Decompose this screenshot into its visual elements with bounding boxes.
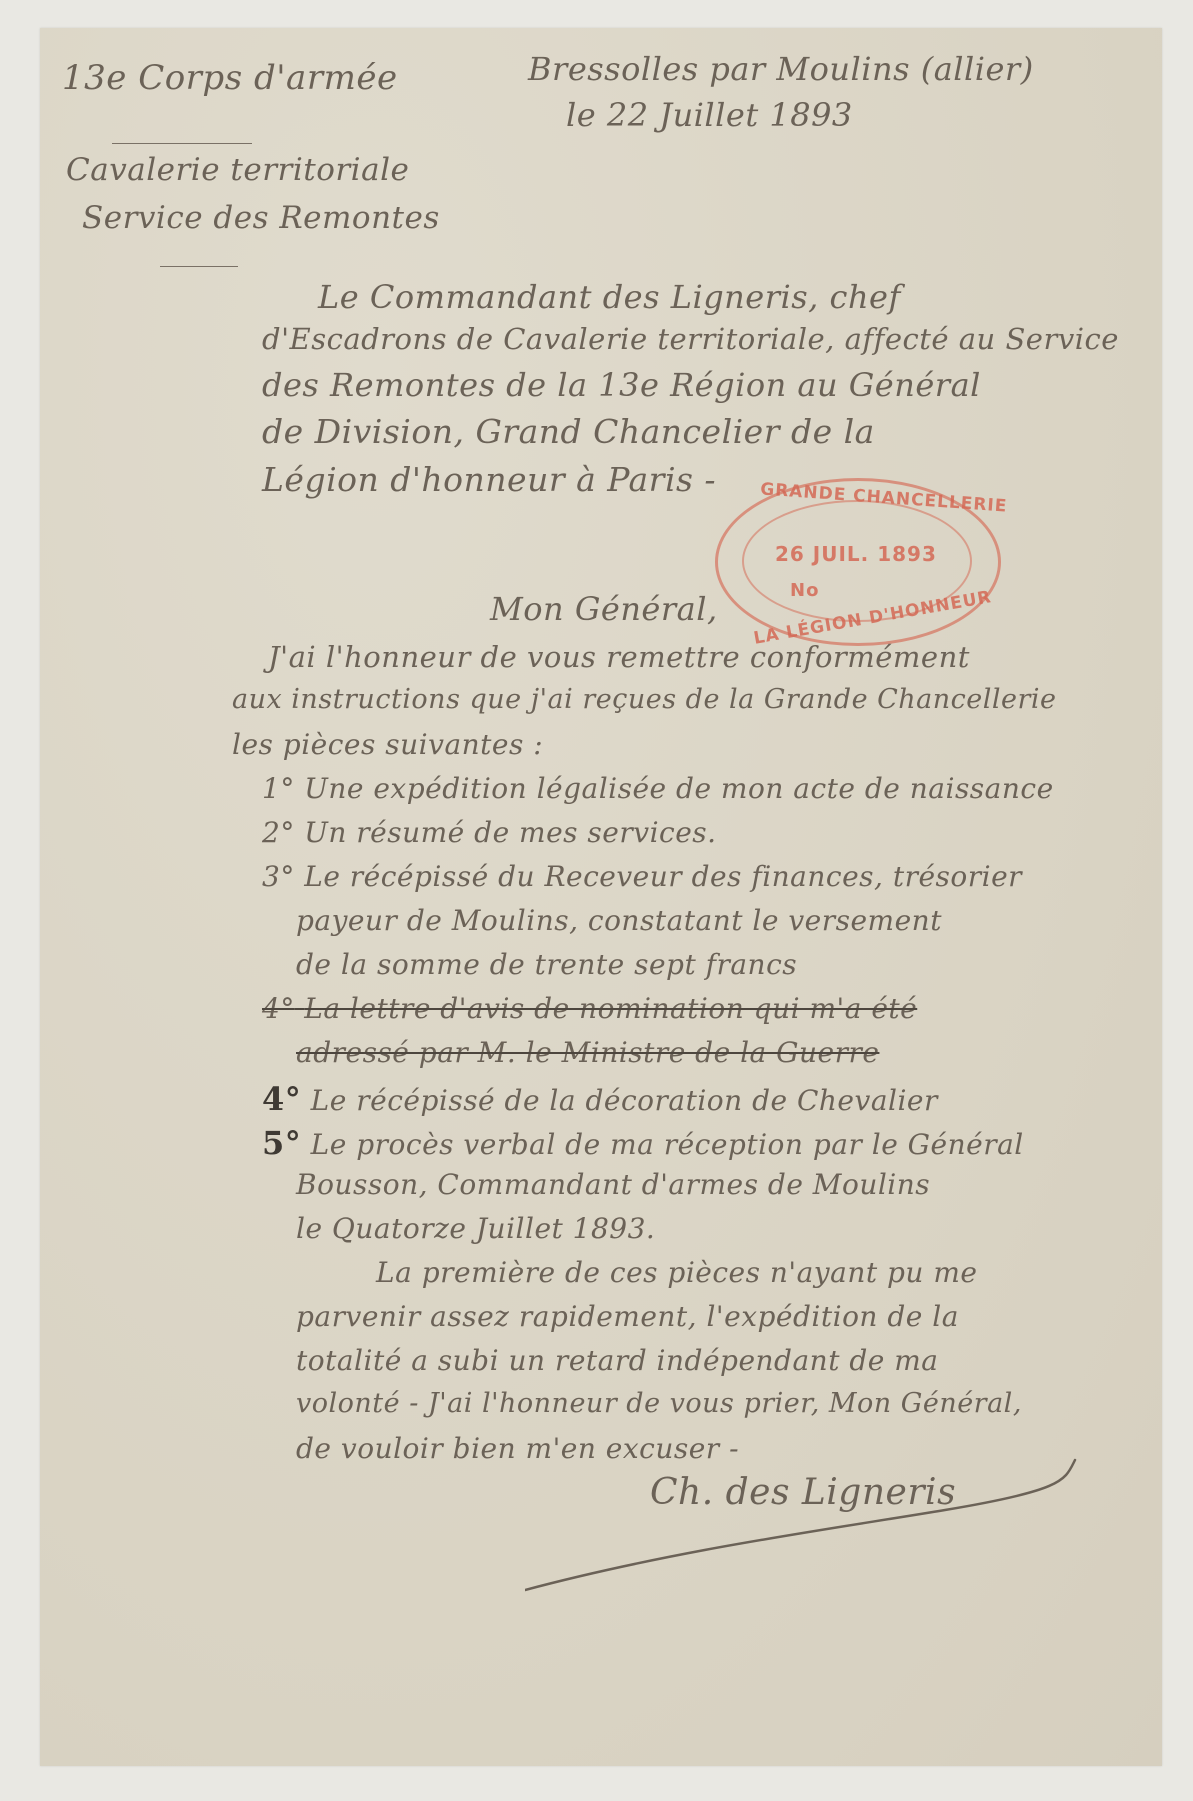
stamp-date: 26 JUIL. 1893 — [775, 542, 937, 566]
closing-line-3: totalité a subi un retard indépendant de… — [296, 1344, 939, 1377]
item-1-text: Une expédition légalisée de mon acte de … — [304, 772, 1053, 805]
address-line-1: Le Commandant des Ligneris, chef — [318, 278, 901, 316]
intro-line-2: aux instructions que j'ai reçues de la G… — [232, 684, 1057, 715]
item-6-line-2: Bousson, Commandant d'armes de Moulins — [296, 1168, 930, 1201]
header-place: Bressolles par Moulins (allier) — [528, 50, 1034, 88]
item-1-number: 1° — [262, 772, 295, 805]
item-3-number: 3° — [262, 860, 295, 893]
closing-line-4: volonté - J'ai l'honneur de vous prier, … — [296, 1388, 1022, 1419]
item-3-line-3: de la somme de trente sept francs — [296, 948, 797, 981]
item-3-text-1: Le récépissé du Receveur des finances, t… — [304, 860, 1022, 893]
intro-line-1: J'ai l'honneur de vous remettre conformé… — [268, 640, 970, 674]
header-date: le 22 Juillet 1893 — [566, 96, 853, 134]
item-2-number: 2° — [262, 816, 295, 849]
item-4-struck-text-1: La lettre d'avis de nomination qui m'a é… — [304, 992, 917, 1025]
stamp-number-label: No — [790, 580, 819, 601]
item-2-text: Un résumé de mes services. — [304, 816, 716, 849]
address-line-2: d'Escadrons de Cavalerie territoriale, a… — [262, 322, 1119, 356]
intro-line-3: les pièces suivantes : — [232, 728, 543, 761]
item-5: 4° Le récépissé de la décoration de Chev… — [262, 1080, 938, 1118]
item-5-text: Le récépissé de la décoration de Chevali… — [311, 1084, 938, 1117]
header-divider — [112, 143, 252, 144]
header-corps: 13e Corps d'armée — [62, 58, 398, 98]
address-line-3: des Remontes de la 13e Région au Général — [262, 366, 981, 404]
item-6-text-1: Le procès verbal de ma réception par le … — [311, 1128, 1024, 1161]
item-4-struck: 4° La lettre d'avis de nomination qui m'… — [262, 992, 917, 1025]
item-5-number: 4° — [262, 1080, 301, 1118]
item-6: 5° Le procès verbal de ma réception par … — [262, 1124, 1024, 1162]
closing-line-1: La première de ces pièces n'ayant pu me — [376, 1256, 977, 1289]
signature-flourish-icon — [525, 1440, 1085, 1610]
item-4-struck-number: 4° — [262, 992, 295, 1025]
item-6-line-3: le Quatorze Juillet 1893. — [296, 1212, 655, 1245]
item-1: 1° Une expédition légalisée de mon acte … — [262, 772, 1054, 805]
address-line-4: de Division, Grand Chancelier de la — [262, 412, 875, 451]
address-line-5: Légion d'honneur à Paris - — [262, 460, 716, 499]
item-2: 2° Un résumé de mes services. — [262, 816, 717, 849]
item-3: 3° Le récépissé du Receveur des finances… — [262, 860, 1022, 893]
header-cavalerie: Cavalerie territoriale — [66, 152, 409, 188]
closing-line-2: parvenir assez rapidement, l'expédition … — [296, 1300, 959, 1333]
header-divider-2 — [160, 266, 238, 267]
salutation: Mon Général, — [490, 590, 718, 628]
item-6-number: 5° — [262, 1124, 301, 1162]
header-service: Service des Remontes — [82, 200, 440, 236]
item-4-struck-line-2: adressé par M. le Ministre de la Guerre — [296, 1036, 879, 1069]
item-3-line-2: payeur de Moulins, constatant le verseme… — [296, 904, 942, 937]
